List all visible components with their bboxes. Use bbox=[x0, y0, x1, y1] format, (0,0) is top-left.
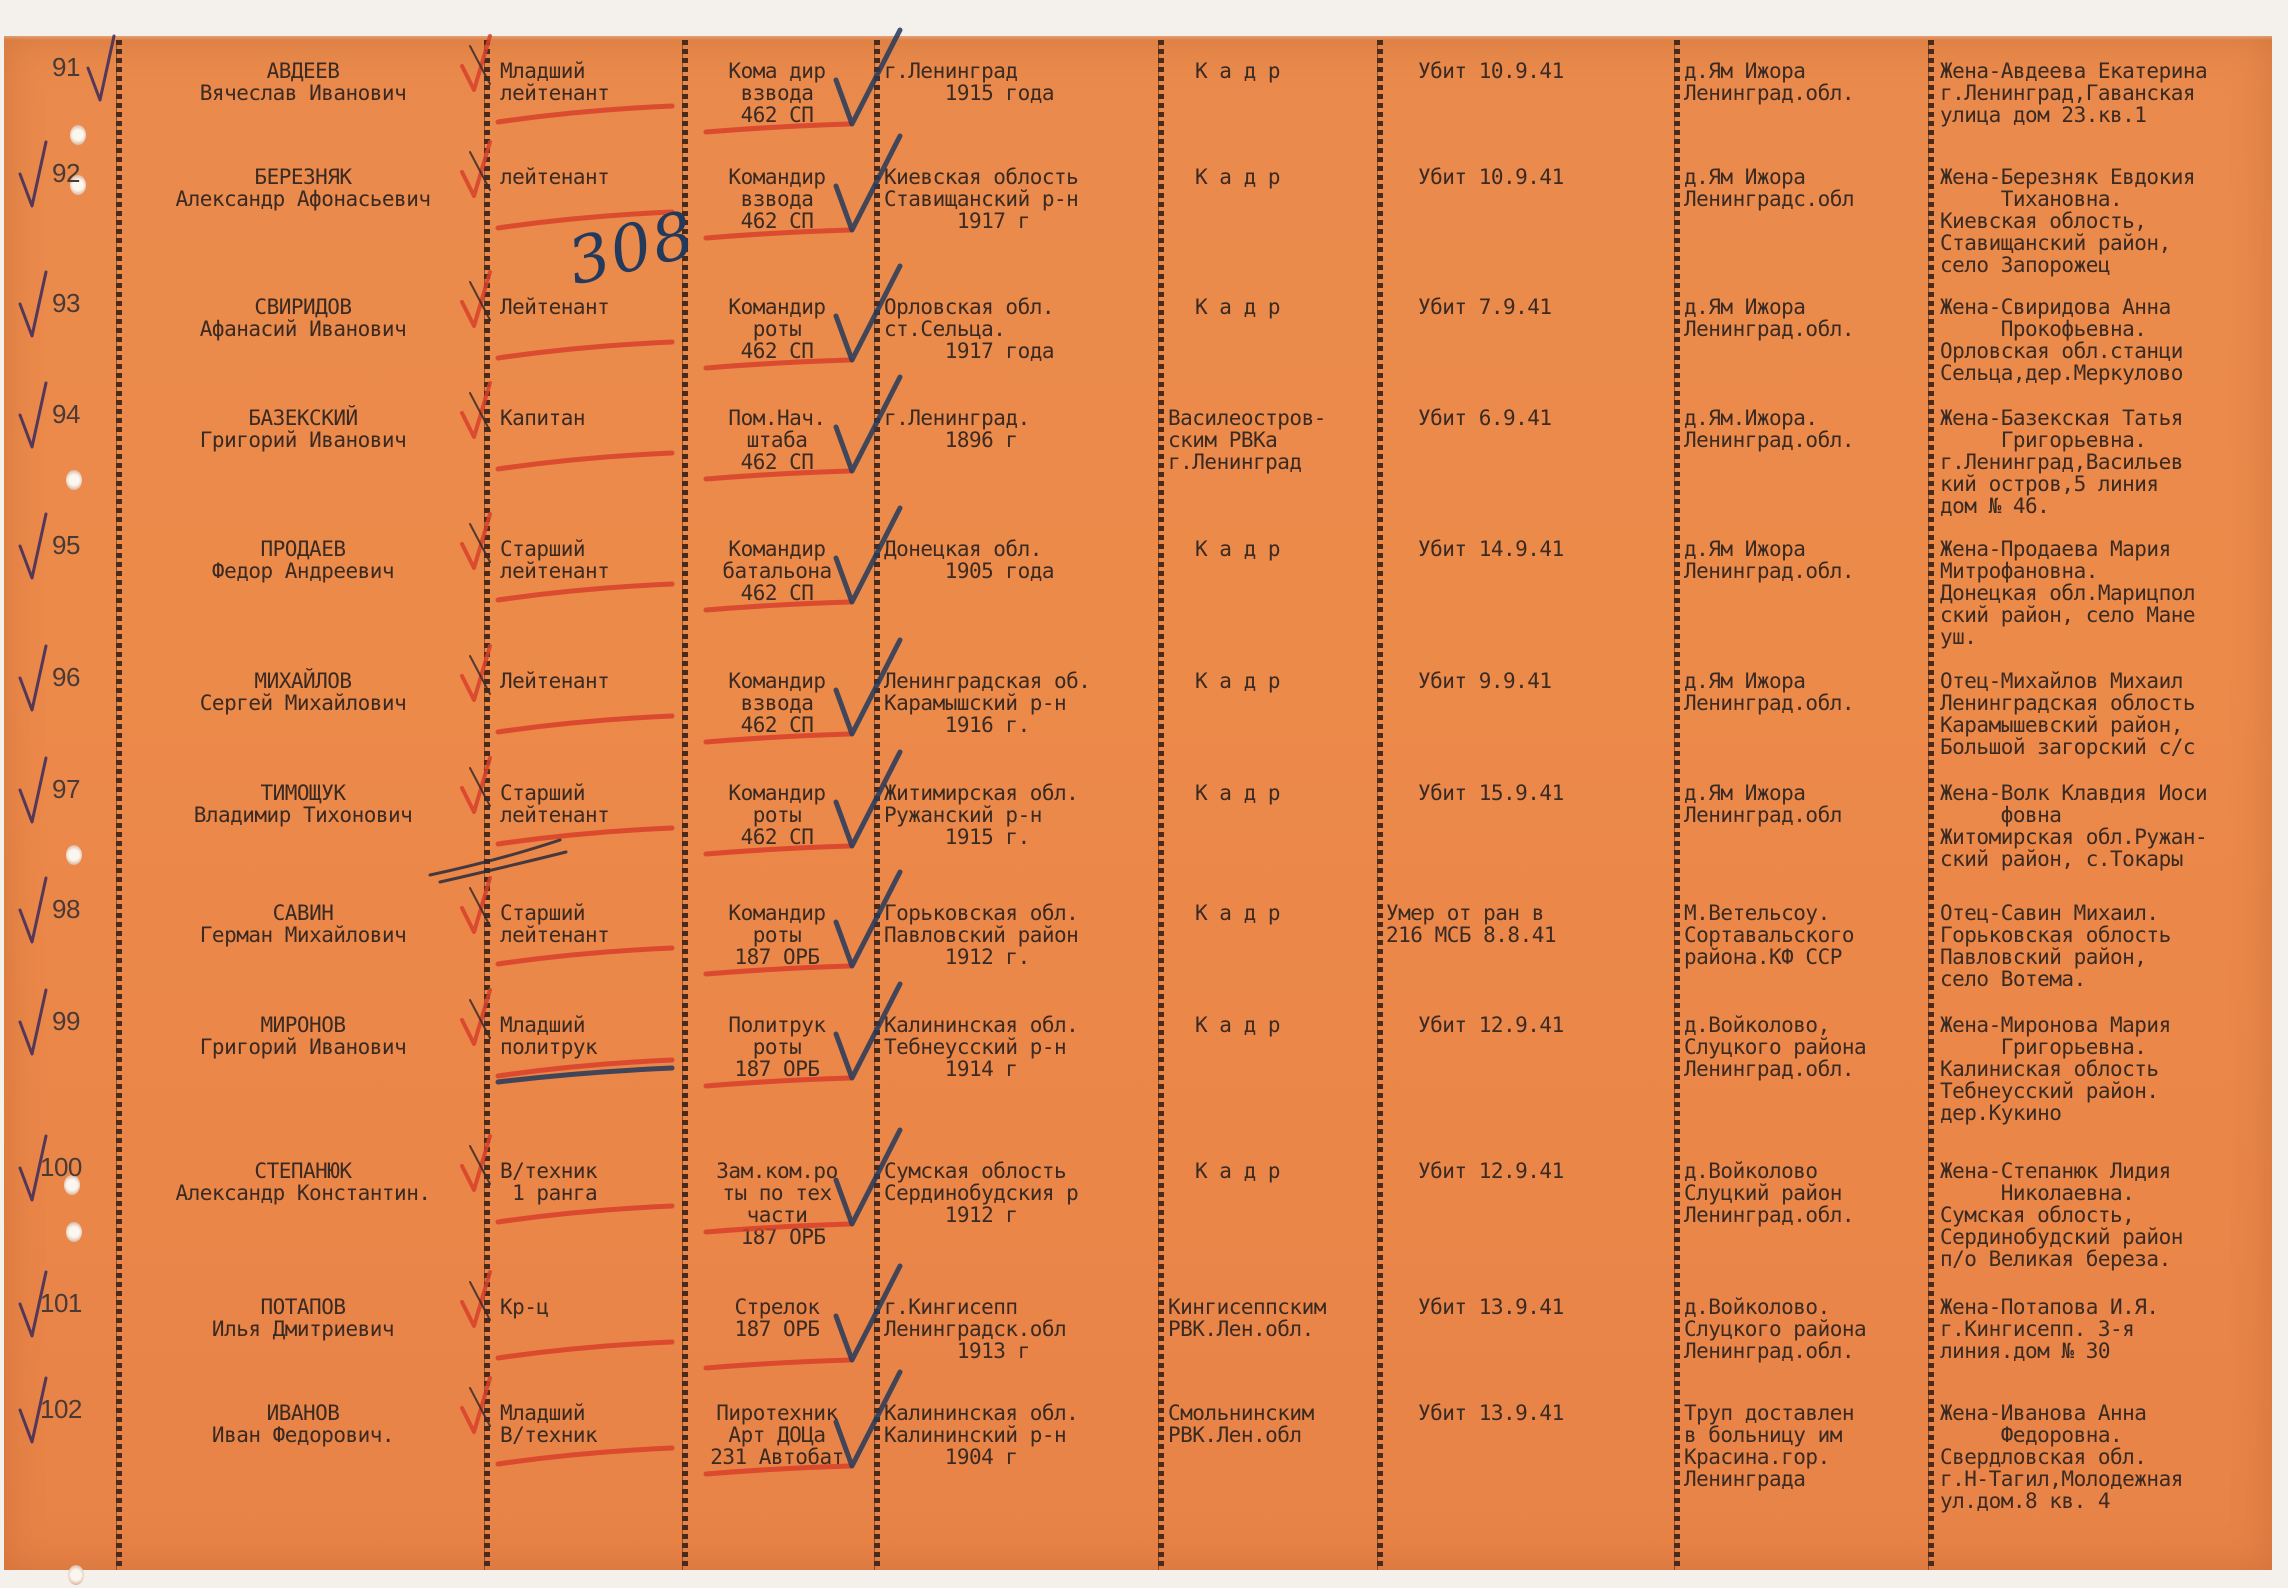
position: Пиротехник Арт ДОЦа 231 Автобат bbox=[692, 1402, 862, 1468]
birthplace-year: Киевская облость Ставищанский р-н 1917 г bbox=[884, 166, 1078, 232]
conscripted-by: К а д р bbox=[1195, 1160, 1280, 1182]
person-name: АВДЕЕВВячеслав Иванович bbox=[128, 60, 478, 104]
next-of-kin: Жена-Свиридова Анна Прокофьевна. Орловск… bbox=[1940, 296, 2183, 384]
conscripted-by: К а д р bbox=[1195, 902, 1280, 924]
position: Командир батальона 462 СП bbox=[692, 538, 862, 604]
fate: Убит 13.9.41 bbox=[1418, 1296, 1564, 1318]
conscripted-by: Кингисеппским РВК.Лен.обл. bbox=[1168, 1296, 1326, 1340]
birthplace-year: Орловская обл. ст.Сельца. 1917 года bbox=[884, 296, 1054, 362]
row-number: 96 bbox=[52, 666, 80, 688]
conscripted-by: К а д р bbox=[1195, 1014, 1280, 1036]
surname: СВИРИДОВ bbox=[128, 296, 478, 318]
position: Командир взвода 462 СП bbox=[692, 670, 862, 736]
rank: Младший В/техник bbox=[500, 1402, 597, 1446]
next-of-kin: Отец-Михайлов Михаил Ленинградская облос… bbox=[1940, 670, 2195, 758]
next-of-kin: Отец-Савин Михаил. Горьковская облость П… bbox=[1940, 902, 2171, 990]
column-divider bbox=[874, 40, 880, 1570]
given-names: Григорий Иванович bbox=[128, 429, 478, 451]
row-number: 91 bbox=[52, 56, 80, 78]
burial-place: д.Войколово, Слуцкого района Ленинград.о… bbox=[1684, 1014, 1866, 1080]
column-divider bbox=[1674, 40, 1680, 1570]
rank: Лейтенант bbox=[500, 296, 609, 318]
row-number: 100 bbox=[40, 1156, 82, 1178]
row-number: 95 bbox=[52, 534, 80, 556]
burial-place: д.Ям Ижора Ленинградс.обл bbox=[1684, 166, 1854, 210]
given-names: Александр Афонасьевич bbox=[128, 188, 478, 210]
person-name: МИРОНОВГригорий Иванович bbox=[128, 1014, 478, 1058]
next-of-kin: Жена-Потапова И.Я. г.Кингисепп. 3-я лини… bbox=[1940, 1296, 2159, 1362]
given-names: Федор Андреевич bbox=[128, 560, 478, 582]
burial-place: д.Войколово Слуцкий район Ленинград.обл. bbox=[1684, 1160, 1854, 1226]
given-names: Александр Константин. bbox=[128, 1182, 478, 1204]
given-names: Герман Михайлович bbox=[128, 924, 478, 946]
burial-place: д.Ям Ижора Ленинград.обл. bbox=[1684, 670, 1854, 714]
next-of-kin: Жена-Миронова Мария Григорьевна. Калинис… bbox=[1940, 1014, 2171, 1124]
person-name: СТЕПАНЮКАлександр Константин. bbox=[128, 1160, 478, 1204]
row-number: 99 bbox=[52, 1010, 80, 1032]
person-name: ИВАНОВИван Федорович. bbox=[128, 1402, 478, 1446]
burial-place: д.Ям Ижора Ленинград.обл. bbox=[1684, 60, 1854, 104]
punch-hole bbox=[70, 125, 86, 145]
birthplace-year: Калининская обл. Калининский р-н 1904 г bbox=[884, 1402, 1078, 1468]
next-of-kin: Жена-Иванова Анна Федоровна. Свердловска… bbox=[1940, 1402, 2183, 1512]
burial-place: д.Войколово. Слуцкого района Ленинград.о… bbox=[1684, 1296, 1866, 1362]
conscripted-by: К а д р bbox=[1195, 60, 1280, 82]
position: Командир роты 462 СП bbox=[692, 782, 862, 848]
punch-hole bbox=[68, 1565, 84, 1585]
position: Зам.ком.ро ты по тех части 187 ОРБ bbox=[692, 1160, 862, 1248]
birthplace-year: г.Кингисепп Ленинградск.обл 1913 г bbox=[884, 1296, 1066, 1362]
rank: Младший политрук bbox=[500, 1014, 597, 1058]
person-name: САВИНГерман Михайлович bbox=[128, 902, 478, 946]
position: Командир роты 462 СП bbox=[692, 296, 862, 362]
row-number: 92 bbox=[52, 162, 80, 184]
fate: Убит 12.9.41 bbox=[1418, 1160, 1564, 1182]
rank: Лейтенант bbox=[500, 670, 609, 692]
next-of-kin: Жена-Волк Клавдия Иоси фовна Житомирская… bbox=[1940, 782, 2207, 870]
next-of-kin: Жена-Базекская Татья Григорьевна. г.Лени… bbox=[1940, 407, 2183, 517]
row-number: 94 bbox=[52, 403, 80, 425]
person-name: ПОТАПОВИлья Дмитриевич bbox=[128, 1296, 478, 1340]
punch-hole bbox=[66, 470, 82, 490]
surname: МИХАЙЛОВ bbox=[128, 670, 478, 692]
position: Кома дир взвода 462 СП bbox=[692, 60, 862, 126]
column-divider bbox=[1928, 40, 1934, 1570]
rank: Старший лейтенант bbox=[500, 902, 609, 946]
row-number: 98 bbox=[52, 898, 80, 920]
given-names: Вячеслав Иванович bbox=[128, 82, 478, 104]
row-number: 101 bbox=[40, 1292, 82, 1314]
birthplace-year: г.Ленинград. 1896 г bbox=[884, 407, 1030, 451]
surname: ПОТАПОВ bbox=[128, 1296, 478, 1318]
birthplace-year: Калининская обл. Тебнеусский р-н 1914 г bbox=[884, 1014, 1078, 1080]
position: Стрелок 187 ОРБ bbox=[692, 1296, 862, 1340]
surname: САВИН bbox=[128, 902, 478, 924]
given-names: Иван Федорович. bbox=[128, 1424, 478, 1446]
rank: В/техник 1 ранга bbox=[500, 1160, 597, 1204]
rank: Младший лейтенант bbox=[500, 60, 609, 104]
next-of-kin: Жена-Авдеева Екатерина г.Ленинград,Гаван… bbox=[1940, 60, 2207, 126]
birthplace-year: Житимирская обл. Ружанский р-н 1915 г. bbox=[884, 782, 1078, 848]
surname: СТЕПАНЮК bbox=[128, 1160, 478, 1182]
surname: БЕРЕЗНЯК bbox=[128, 166, 478, 188]
birthplace-year: Донецкая обл. 1905 года bbox=[884, 538, 1054, 582]
fate: Умер от ран в 216 МСБ 8.8.41 bbox=[1386, 902, 1556, 946]
conscripted-by: К а д р bbox=[1195, 538, 1280, 560]
person-name: СВИРИДОВАфанасий Иванович bbox=[128, 296, 478, 340]
rank: Старший лейтенант bbox=[500, 782, 609, 826]
person-name: ПРОДАЕВФедор Андреевич bbox=[128, 538, 478, 582]
conscripted-by: Смольнинским РВК.Лен.обл bbox=[1168, 1402, 1314, 1446]
person-name: БЕРЕЗНЯКАлександр Афонасьевич bbox=[128, 166, 478, 210]
birthplace-year: Горьковская обл. Павловский район 1912 г… bbox=[884, 902, 1078, 968]
fate: Убит 9.9.41 bbox=[1418, 670, 1552, 692]
conscripted-by: Василеостров- ским РВКа г.Ленинград bbox=[1168, 407, 1326, 473]
position: Пом.Нач. штаба 462 СП bbox=[692, 407, 862, 473]
given-names: Владимир Тихонович bbox=[128, 804, 478, 826]
conscripted-by: К а д р bbox=[1195, 782, 1280, 804]
person-name: БАЗЕКСКИЙГригорий Иванович bbox=[128, 407, 478, 451]
fate: Убит 12.9.41 bbox=[1418, 1014, 1564, 1036]
position: Политрук роты 187 ОРБ bbox=[692, 1014, 862, 1080]
given-names: Илья Дмитриевич bbox=[128, 1318, 478, 1340]
column-divider bbox=[484, 40, 490, 1570]
birthplace-year: Сумская облость Сердинобудския р 1912 г bbox=[884, 1160, 1078, 1226]
surname: МИРОНОВ bbox=[128, 1014, 478, 1036]
fate: Убит 10.9.41 bbox=[1418, 166, 1564, 188]
burial-place: д.Ям.Ижора. Ленинград.обл. bbox=[1684, 407, 1854, 451]
burial-place: д.Ям Ижора Ленинград.обл bbox=[1684, 782, 1842, 826]
given-names: Григорий Иванович bbox=[128, 1036, 478, 1058]
fate: Убит 13.9.41 bbox=[1418, 1402, 1564, 1424]
conscripted-by: К а д р bbox=[1195, 166, 1280, 188]
birthplace-year: г.Ленинград 1915 года bbox=[884, 60, 1054, 104]
fate: Убит 7.9.41 bbox=[1418, 296, 1552, 318]
column-divider bbox=[116, 40, 122, 1570]
next-of-kin: Жена-Березняк Евдокия Тихановна. Киевска… bbox=[1940, 166, 2195, 276]
surname: АВДЕЕВ bbox=[128, 60, 478, 82]
column-divider bbox=[1377, 40, 1383, 1570]
surname: ТИМОЩУК bbox=[128, 782, 478, 804]
row-number: 102 bbox=[40, 1398, 82, 1420]
burial-place: М.Ветельсоу. Сортавальского района.КФ СС… bbox=[1684, 902, 1854, 968]
rank: лейтенант bbox=[500, 166, 609, 188]
position: Командир взвода 462 СП bbox=[692, 166, 862, 232]
fate: Убит 6.9.41 bbox=[1418, 407, 1552, 429]
surname: ИВАНОВ bbox=[128, 1402, 478, 1424]
person-name: МИХАЙЛОВСергей Михайлович bbox=[128, 670, 478, 714]
birthplace-year: Ленинградская об. Карамышский р-н 1916 г… bbox=[884, 670, 1090, 736]
next-of-kin: Жена-Степанюк Лидия Николаевна. Сумская … bbox=[1940, 1160, 2183, 1270]
surname: БАЗЕКСКИЙ bbox=[128, 407, 478, 429]
rank: Старший лейтенант bbox=[500, 538, 609, 582]
burial-place: д.Ям Ижора Ленинград.обл. bbox=[1684, 296, 1854, 340]
fate: Убит 10.9.41 bbox=[1418, 60, 1564, 82]
position: Командир роты 187 ОРБ bbox=[692, 902, 862, 968]
given-names: Афанасий Иванович bbox=[128, 318, 478, 340]
given-names: Сергей Михайлович bbox=[128, 692, 478, 714]
punch-hole bbox=[66, 845, 82, 865]
surname: ПРОДАЕВ bbox=[128, 538, 478, 560]
row-number: 93 bbox=[52, 292, 80, 314]
conscripted-by: К а д р bbox=[1195, 670, 1280, 692]
punch-hole bbox=[66, 1222, 82, 1242]
next-of-kin: Жена-Продаева Мария Митрофановна. Донецк… bbox=[1940, 538, 2195, 648]
burial-place: Труп доставлен в больницу им Красина.гор… bbox=[1684, 1402, 1854, 1490]
rank: Капитан bbox=[500, 407, 585, 429]
fate: Убит 15.9.41 bbox=[1418, 782, 1564, 804]
conscripted-by: К а д р bbox=[1195, 296, 1280, 318]
row-number: 97 bbox=[52, 778, 80, 800]
rank: Кр-ц bbox=[500, 1296, 549, 1318]
burial-place: д.Ям Ижора Ленинград.обл. bbox=[1684, 538, 1854, 582]
person-name: ТИМОЩУКВладимир Тихонович bbox=[128, 782, 478, 826]
column-divider bbox=[1158, 40, 1164, 1570]
fate: Убит 14.9.41 bbox=[1418, 538, 1564, 560]
